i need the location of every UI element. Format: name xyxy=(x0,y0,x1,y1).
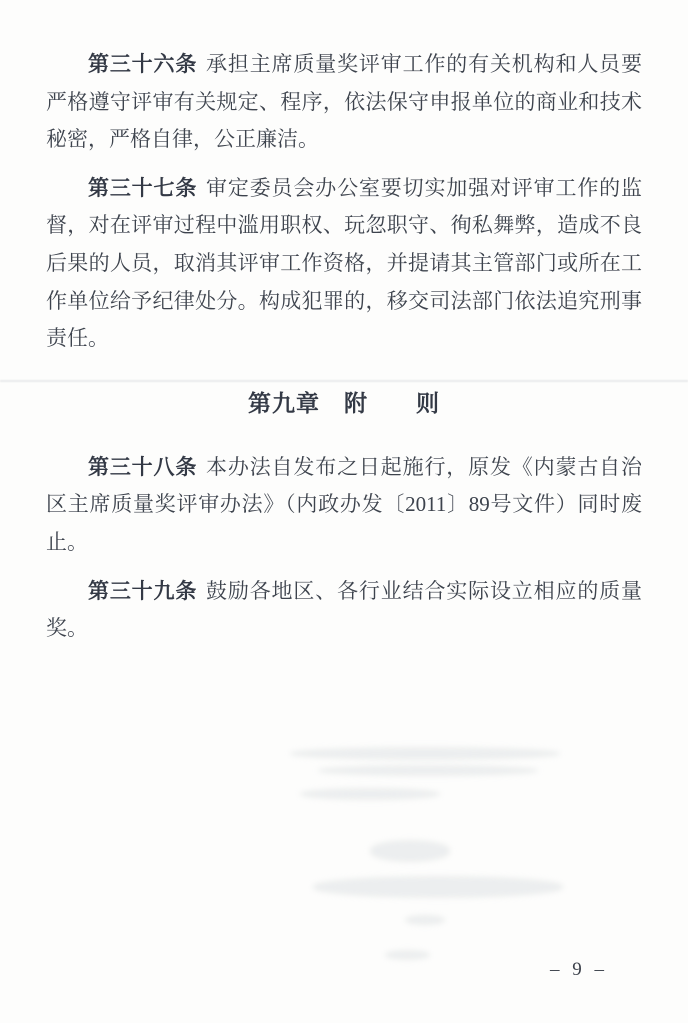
ink-bleedthrough-artifact xyxy=(300,788,440,800)
scanned-document-page: 第三十六条承担主席质量奖评审工作的有关机构和人员要严格遵守评审有关规定、程序，依… xyxy=(0,0,688,1023)
ink-bleedthrough-artifact xyxy=(370,840,450,862)
article-39-paragraph: 第三十九条鼓励各地区、各行业结合实际设立相应的质量奖。 xyxy=(46,573,642,648)
ink-bleedthrough-artifact xyxy=(405,915,445,925)
page-number: – 9 – xyxy=(550,959,608,981)
ink-bleedthrough-artifact xyxy=(313,876,563,898)
article-37-paragraph: 第三十七条审定委员会办公室要切实加强对评审工作的监督，对在评审过程中滥用职权、玩… xyxy=(46,170,642,358)
article-38-number: 第三十八条 xyxy=(88,456,197,479)
ink-bleedthrough-artifact xyxy=(385,950,430,960)
article-37-text: 审定委员会办公室要切实加强对评审工作的监督，对在评审过程中滥用职权、玩忽职守、徇… xyxy=(46,176,642,350)
article-36-paragraph: 第三十六条承担主席质量奖评审工作的有关机构和人员要严格遵守评审有关规定、程序，依… xyxy=(46,46,642,159)
article-37-number: 第三十七条 xyxy=(88,177,197,200)
ink-bleedthrough-artifact xyxy=(318,765,538,776)
ink-bleedthrough-artifact xyxy=(290,747,560,760)
chapter-9-heading: 第九章 附 则 xyxy=(46,384,642,422)
article-38-paragraph: 第三十八条本办法自发布之日起施行，原发《内蒙古自治区主席质量奖评审办法》（内政办… xyxy=(46,449,642,562)
article-39-number: 第三十九条 xyxy=(88,580,197,603)
article-36-number: 第三十六条 xyxy=(88,53,197,76)
document-body: 第三十六条承担主席质量奖评审工作的有关机构和人员要严格遵守评审有关规定、程序，依… xyxy=(46,46,642,648)
